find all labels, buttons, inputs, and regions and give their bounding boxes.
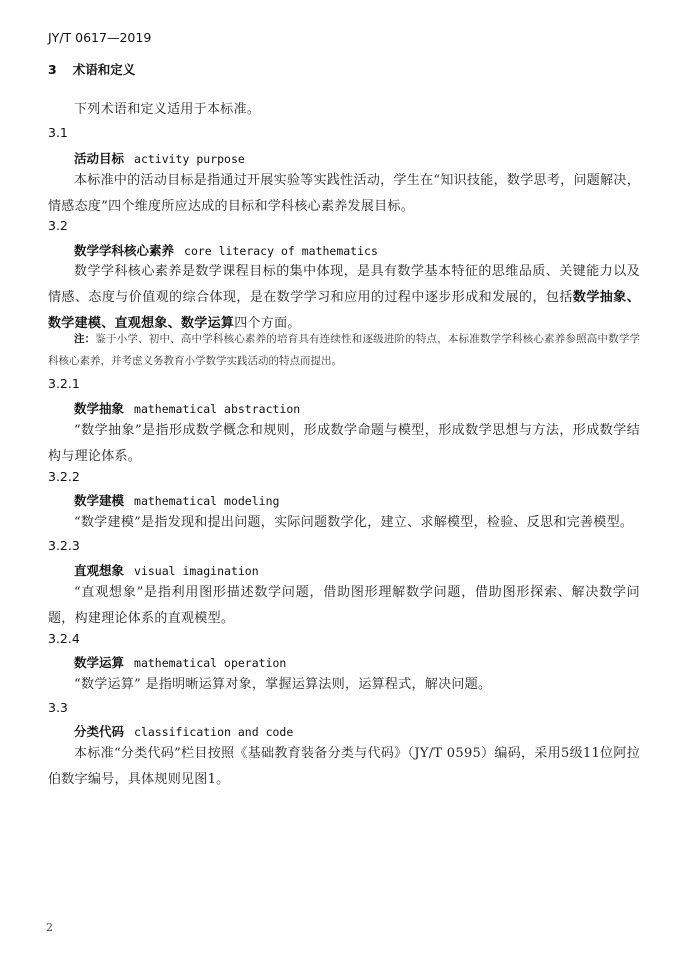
section-heading: 3术语和定义 [48, 60, 135, 78]
intro-paragraph: 下列术语和定义适用于本标准。 [48, 97, 640, 123]
term-zh: 直观想象 [74, 563, 124, 578]
term-definition: “直观想象”是指利用图形描述数学问题，借助图形理解数学问题，借助图形探索、解决数… [48, 580, 640, 632]
term-number: 3.1 [48, 125, 68, 140]
term-zh: 分类代码 [74, 724, 124, 739]
term-definition: “数学运算” 是指明晰运算对象，掌握运算法则，运算程式，解决问题。 [48, 672, 640, 698]
term-heading: 活动目标activity purpose [74, 149, 245, 167]
term-number: 3.2 [48, 218, 68, 233]
term-number: 3.2.2 [48, 469, 80, 484]
term-en: visual imagination [134, 564, 259, 578]
term-number: 3.2.3 [48, 538, 80, 553]
term-definition: “数学抽象”是指形成数学概念和规则，形成数学命题与模型，形成数学思想与方法，形成… [48, 418, 640, 470]
term-en: mathematical modeling [134, 494, 279, 508]
term-number: 3.3 [48, 700, 68, 715]
note-paragraph: 注：鉴于小学、初中、高中学科核心素养的培育具有连续性和逐级进阶的特点，本标准数学… [48, 328, 640, 372]
term-heading: 分类代码classification and code [74, 722, 293, 740]
term-zh: 数学抽象 [74, 401, 124, 416]
term-heading: 数学学科核心素养core literacy of mathematics [74, 241, 378, 259]
term-number: 3.2.4 [48, 631, 80, 646]
term-heading: 直观想象visual imagination [74, 561, 259, 579]
term-en: classification and code [134, 725, 293, 739]
definition-text: 数学学科核心素养是数学课程目标的集中体现，是具有数学基本特征的思维品质、关键能力… [48, 264, 640, 305]
term-definition: 数学学科核心素养是数学课程目标的集中体现，是具有数学基本特征的思维品质、关键能力… [48, 259, 640, 337]
term-definition: 本标准中的活动目标是指通过开展实验等实践性活动，学生在“知识技能，数学思考，问题… [48, 168, 640, 220]
term-zh: 数学学科核心素养 [74, 243, 174, 258]
term-heading: 数学建模mathematical modeling [74, 491, 279, 509]
note-text: 鉴于小学、初中、高中学科核心素养的培育具有连续性和逐级进阶的特点，本标准数学学科… [48, 333, 640, 367]
term-definition: “数学建模”是指发现和提出问题，实际问题数学化，建立、求解模型，检验、反思和完善… [48, 510, 640, 536]
term-en: mathematical operation [134, 656, 286, 670]
page-number: 2 [46, 921, 53, 934]
term-zh: 数学建模 [74, 493, 124, 508]
section-title: 术语和定义 [73, 62, 136, 77]
term-zh: 数学运算 [74, 655, 124, 670]
section-number: 3 [48, 62, 57, 77]
term-en: core literacy of mathematics [184, 244, 378, 258]
note-label: 注： [74, 333, 95, 345]
term-heading: 数学抽象mathematical abstraction [74, 399, 300, 417]
term-zh: 活动目标 [74, 151, 124, 166]
term-number: 3.2.1 [48, 376, 80, 391]
term-en: activity purpose [134, 152, 245, 166]
term-en: mathematical abstraction [134, 402, 300, 416]
term-heading: 数学运算mathematical operation [74, 653, 286, 671]
term-definition: 本标准“分类代码”栏目按照《基础教育装备分类与代码》（JY/T 0595）编码，… [48, 741, 640, 793]
document-id-header: JY/T 0617—2019 [48, 30, 151, 45]
